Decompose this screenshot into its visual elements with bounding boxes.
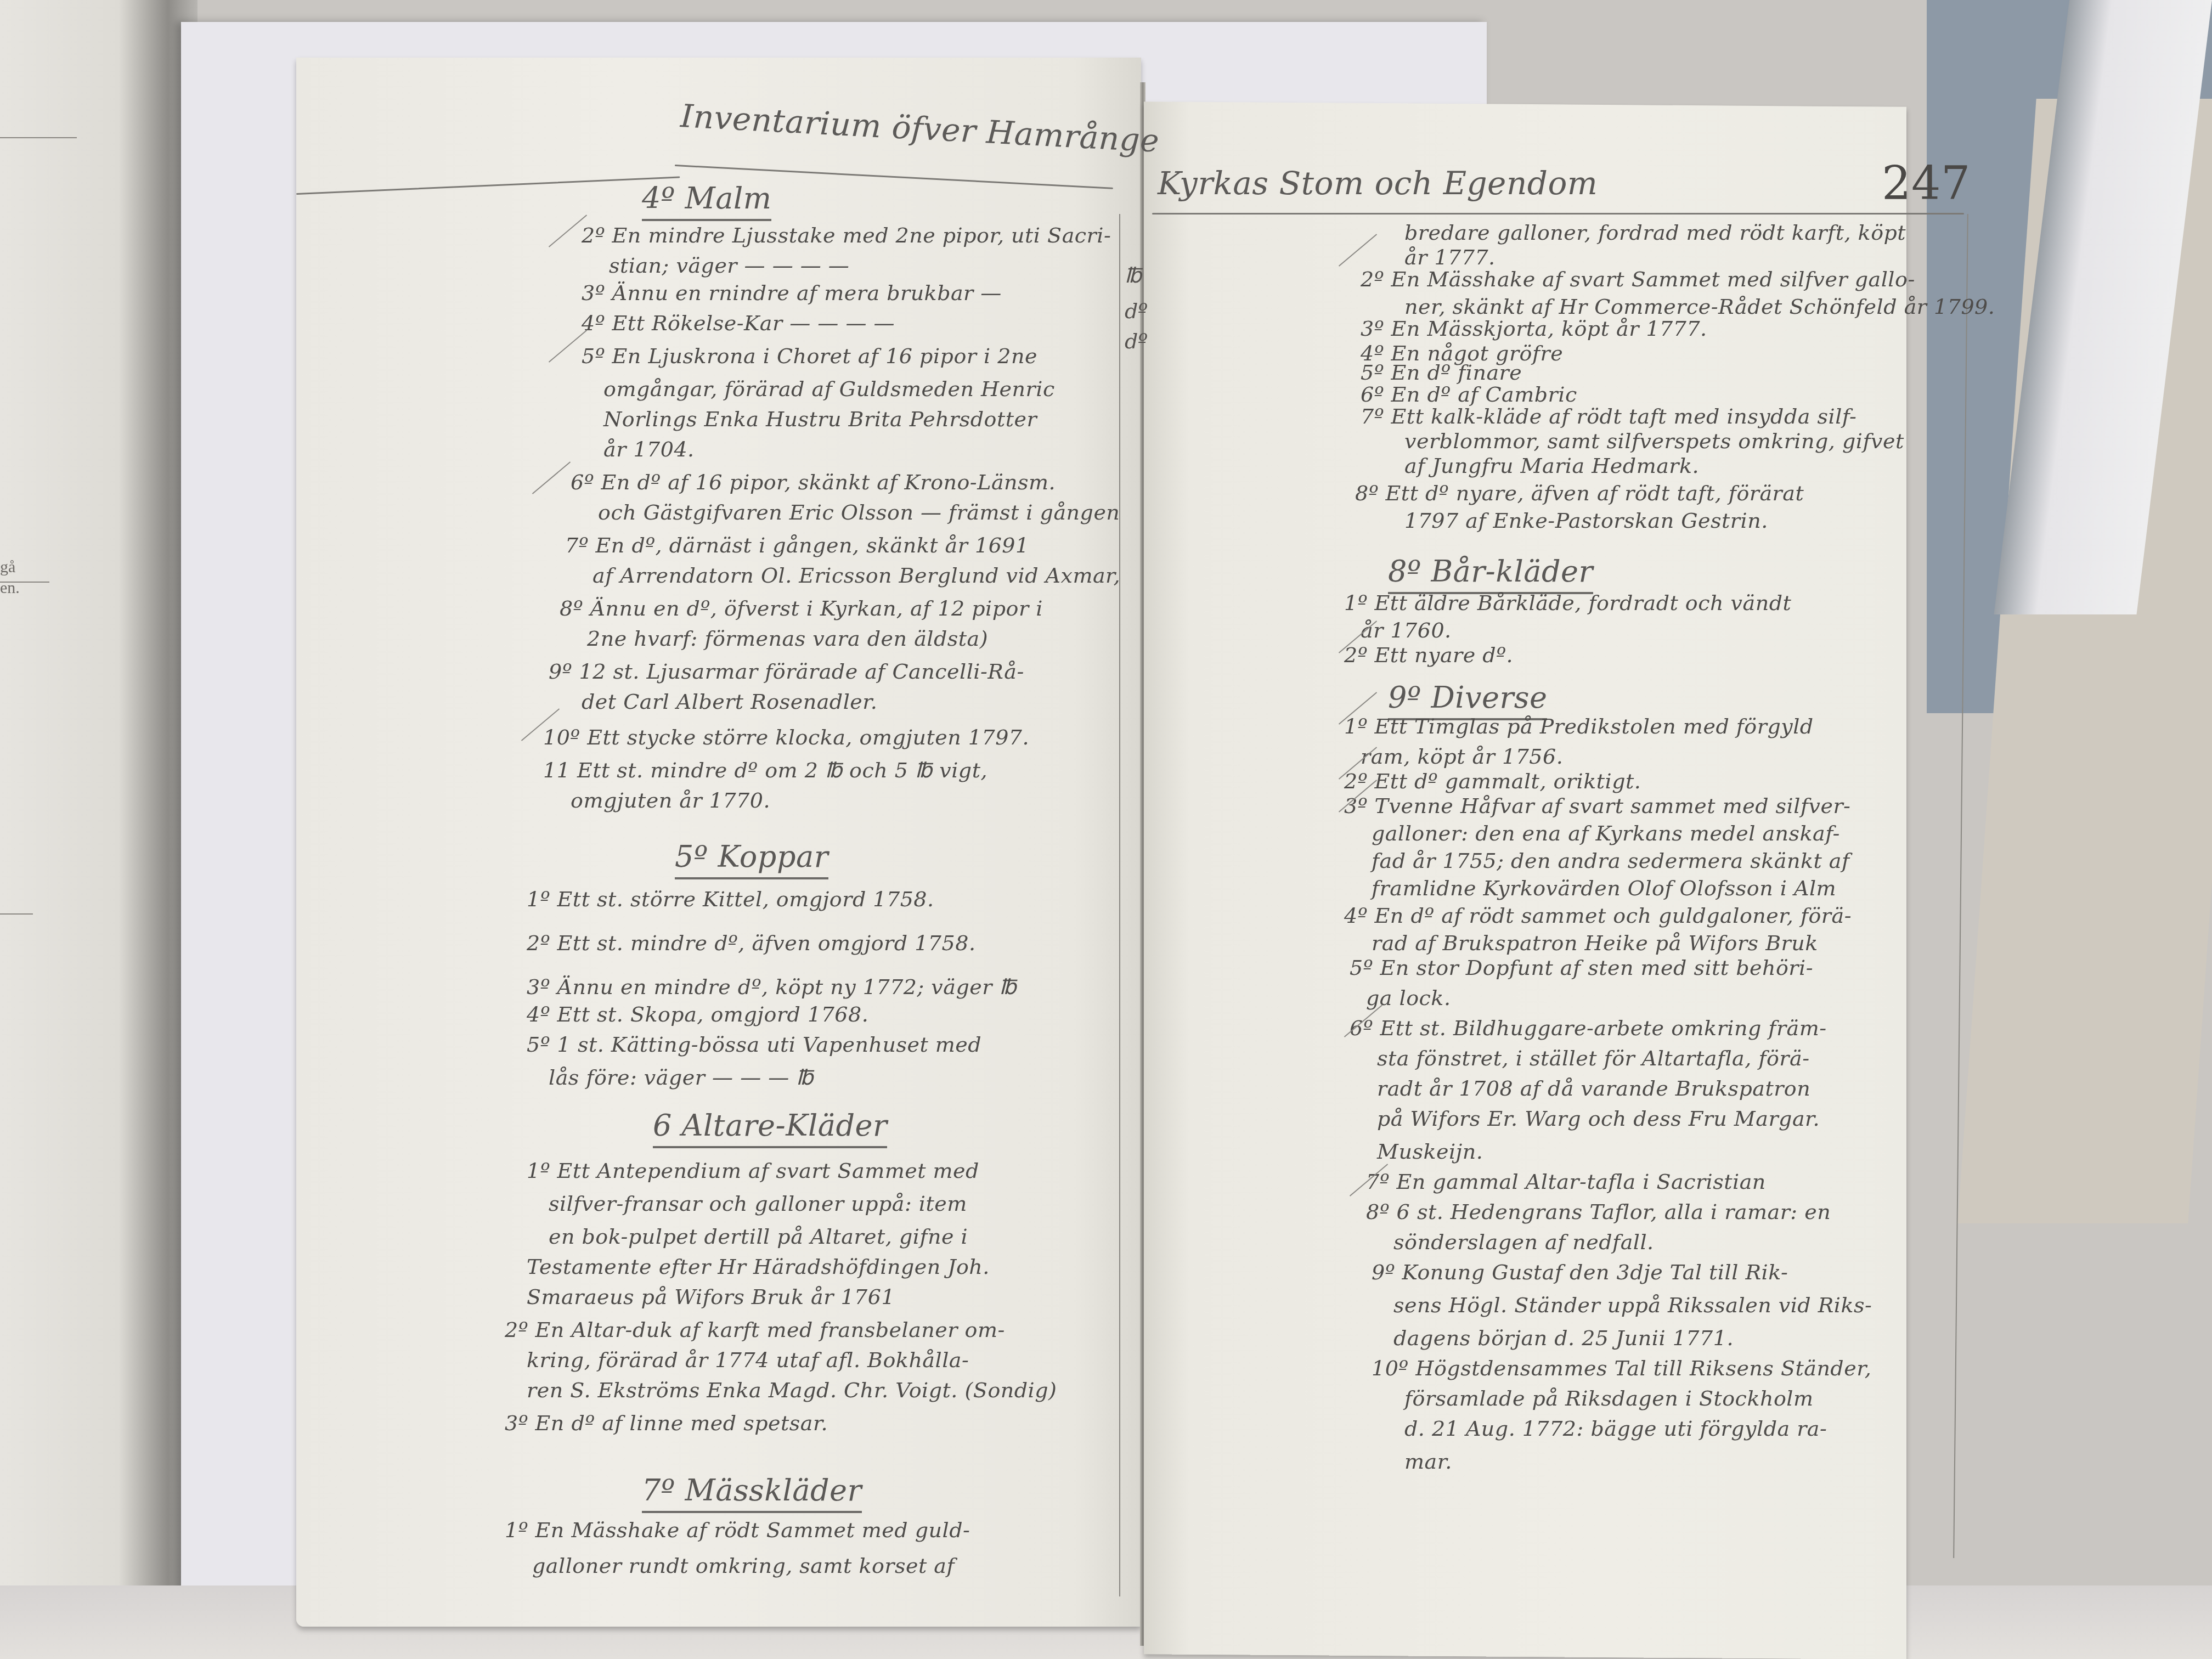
entry-line: 4º En dº af rödt sammet och guldgaloner,…: [1344, 905, 1852, 926]
section-heading-text: 7º Mässkläder: [642, 1473, 862, 1513]
entry-line: d. 21 Aug. 1772: bägge uti förgylda ra-: [1404, 1418, 1827, 1439]
entry-line: 8º Ett dº nyare, äfven af rödt taft, för…: [1355, 483, 1804, 504]
entry-line: radt år 1708 af då varande Brukspatron: [1377, 1078, 1810, 1099]
entry-line: år 1704.: [603, 439, 695, 460]
entry-line: 2º En Mässhake af svart Sammet med silfv…: [1361, 269, 1915, 290]
entry-line: 2º Ett dº gammalt, oriktigt.: [1344, 771, 1641, 792]
entry-line: 1º Ett äldre Bårkläde, fordradt och vänd…: [1344, 592, 1791, 613]
entry-line: 2º En mindre Ljusstake med 2ne pipor, ut…: [582, 225, 1111, 246]
entry-line: 1º Ett st. större Kittel, omgjord 1758.: [527, 889, 934, 910]
entry-line: 11 Ett st. mindre dº om 2 ℔ och 5 ℔ vigt…: [543, 760, 988, 781]
entry-line: sönderslagen af nedfall.: [1393, 1232, 1654, 1252]
entry-line: 5º En Ljuskrona i Choret af 16 pipor i 2…: [582, 346, 1037, 366]
entry-line: 8º Ännu en dº, öfverst i Kyrkan, af 12 p…: [560, 598, 1043, 619]
entry-line: ram, köpt år 1756.: [1361, 746, 1563, 767]
entry-line: verblommor, samt silfverspets omkring, g…: [1404, 431, 1904, 452]
entry-line: Testamente efter Hr Häradshöfdingen Joh.: [527, 1256, 990, 1277]
section-heading-massklader: 7º Mässkläder: [642, 1473, 862, 1508]
entry-line: och Gästgifvaren Eric Olsson — främst i …: [598, 502, 1120, 523]
entry-line: 6º En dº af Cambric: [1361, 384, 1577, 405]
margin-rule-left-page: [1119, 214, 1120, 1596]
entry-line: 4º Ett st. Skopa, omgjord 1768.: [527, 1004, 868, 1025]
entry-line: 2º Ett nyare dº.: [1344, 645, 1513, 665]
entry-line: 2º Ett st. mindre dº, äfven omgjord 1758…: [527, 933, 975, 953]
entry-line: sens Högl. Ständer uppå Rikssalen vid Ri…: [1393, 1295, 1872, 1316]
margin-mark: dº: [1125, 299, 1148, 323]
section-heading-bar-klader: 8º Bår-kläder: [1388, 554, 1593, 589]
entry-line: dagens början d. 25 Junii 1771.: [1393, 1328, 1734, 1348]
entry-line: rad af Brukspatron Heike på Wifors Bruk: [1372, 933, 1818, 953]
entry-line: Muskeijn.: [1377, 1141, 1483, 1162]
entry-line: 3º En dº af linne med spetsar.: [505, 1413, 828, 1434]
entry-line: 3º En Mässkjorta, köpt år 1777.: [1361, 318, 1707, 339]
entry-line: mar.: [1404, 1451, 1452, 1472]
entry-line: 1797 af Enke-Pastorskan Gestrin.: [1404, 510, 1768, 531]
entry-line: församlade på Riksdagen i Stockholm: [1404, 1388, 1813, 1409]
entry-line: galloner: den ena af Kyrkans medel anska…: [1372, 823, 1840, 844]
entry-line: 7º En gammal Altar-tafla i Sacristian: [1366, 1171, 1766, 1192]
section-heading-diverse: 9º Diverse: [1388, 680, 1547, 715]
entry-line: 9º 12 st. Ljusarmar förärade af Cancelli…: [549, 661, 1024, 682]
entry-line: omgångar, förärad af Guldsmeden Henric: [603, 379, 1055, 399]
section-heading-text: 4º Malm: [642, 181, 771, 221]
entry-line: af Arrendatorn Ol. Ericsson Berglund vid…: [592, 565, 1120, 586]
page-number: 247: [1882, 156, 1971, 210]
entry-line: ner, skänkt af Hr Commerce-Rådet Schönfe…: [1404, 296, 1995, 317]
entry-line: 1º Ett Antependium af svart Sammet med: [527, 1160, 979, 1181]
entry-line: år 1777.: [1404, 247, 1496, 268]
entry-line: 3º Tvenne Håfvar af svart sammet med sil…: [1344, 795, 1850, 816]
entry-line: Smaraeus på Wifors Bruk år 1761: [527, 1286, 895, 1307]
entry-line: 2º En Altar-duk af karft med fransbelane…: [505, 1319, 1005, 1340]
entry-line: ren S. Ekströms Enka Magd. Chr. Voigt. (…: [527, 1380, 1057, 1401]
background-book-left: gå en.: [0, 0, 198, 1659]
entry-line: en bok-pulpet dertill på Altaret, gifne …: [549, 1226, 968, 1247]
entry-line: kring, förärad år 1774 utaf afl. Bokhåll…: [527, 1350, 969, 1370]
entry-line: omgjuten år 1770.: [571, 790, 770, 811]
entry-line: 6º En dº af 16 pipor, skänkt af Krono-Lä…: [571, 472, 1056, 493]
entry-line: 5º 1 st. Kätting-bössa uti Vapenhuset me…: [527, 1034, 981, 1055]
section-heading-text: 5º Koppar: [675, 839, 828, 879]
entry-line: silfver-fransar och galloner uppå: item: [549, 1193, 967, 1214]
printed-rule: [0, 137, 77, 138]
entry-line: 10º Ett stycke större klocka, omgjuten 1…: [543, 727, 1029, 748]
entry-line: stian; väger — — — —: [609, 255, 849, 276]
entry-line: framlidne Kyrkovärden Olof Olofsson i Al…: [1372, 878, 1836, 899]
section-heading-text: 8º Bår-kläder: [1388, 554, 1593, 594]
entry-line: galloner rundt omkring, samt korset af: [532, 1555, 955, 1576]
entry-line: Norlings Enka Hustru Brita Pehrsdotter: [603, 409, 1037, 430]
section-heading-text: 6 Altare-Kläder: [653, 1108, 887, 1148]
entry-line: fad år 1755; den andra sedermera skänkt …: [1372, 850, 1849, 871]
entry-line: 10º Högstdensammes Tal till Riksens Stän…: [1372, 1358, 1871, 1379]
printed-fragment-line: gå: [0, 557, 20, 578]
header-rule-right: [1152, 213, 1964, 215]
section-heading-koppar: 5º Koppar: [675, 839, 828, 874]
entry-line: 1º En Mässhake af rödt Sammet med guld-: [505, 1520, 970, 1541]
entry-line: 3º Ännu en mindre dº, köpt ny 1772; väge…: [527, 977, 1017, 997]
header-title-right: Kyrkas Stom och Egendom: [1158, 165, 1598, 202]
margin-mark: ℔: [1125, 263, 1142, 287]
entry-line: 4º Ett Rökelse-Kar — — — —: [582, 313, 895, 334]
entry-line: 5º En dº finare: [1361, 362, 1522, 383]
entry-line: 3º Ännu en rnindre af mera brukbar —: [582, 283, 1002, 303]
printed-text-fragment: gå en.: [0, 557, 20, 599]
entry-line: 6º Ett st. Bildhuggare-arbete omkring fr…: [1350, 1018, 1827, 1039]
entry-line: sta fönstret, i stället för Altartafla, …: [1377, 1048, 1810, 1069]
entry-line: 9º Konung Gustaf den 3dje Tal till Rik-: [1372, 1262, 1788, 1283]
entry-line: 2ne hvarf: förmenas vara den äldsta): [587, 628, 988, 649]
entry-line: 7º En dº, därnäst i gången, skänkt år 16…: [565, 535, 1029, 556]
entry-line: 7º Ett kalk-kläde af rödt taft med insyd…: [1361, 406, 1857, 427]
entry-line: lås före: väger — — — ℔: [549, 1067, 814, 1088]
printed-rule: [0, 913, 33, 915]
entry-line: på Wifors Er. Warg och dess Fru Margar.: [1377, 1108, 1820, 1129]
entry-line: 8º 6 st. Hedengrans Taflor, alla i ramar…: [1366, 1201, 1831, 1222]
entry-line: 5º En stor Dopfunt af sten med sitt behö…: [1350, 957, 1813, 978]
entry-line: 1º Ett Timglas på Predikstolen med förgy…: [1344, 716, 1814, 737]
entry-line: ga lock.: [1366, 988, 1451, 1008]
margin-mark: dº: [1125, 329, 1148, 353]
entry-line: det Carl Albert Rosenadler.: [582, 691, 877, 712]
entry-line: af Jungfru Maria Hedmark.: [1404, 455, 1699, 476]
printed-fragment-line: en.: [0, 578, 20, 599]
section-heading-malm: 4º Malm: [642, 181, 771, 216]
entry-line: bredare galloner, fordrad med rödt karft…: [1404, 222, 1906, 243]
section-heading-altare-klader: 6 Altare-Kläder: [653, 1108, 887, 1143]
